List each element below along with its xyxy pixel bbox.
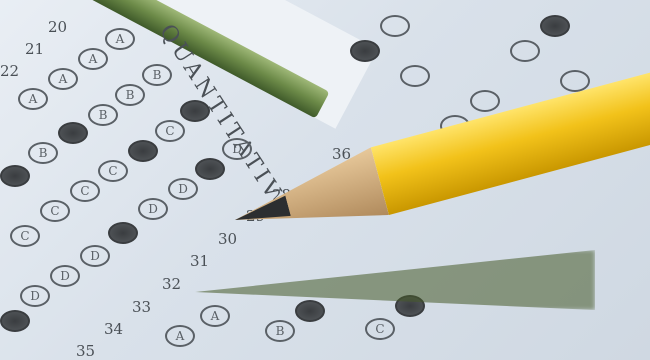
answer-bubble: D <box>222 138 252 160</box>
question-number: 32 <box>162 275 181 293</box>
filled-bubble <box>58 122 88 144</box>
answer-bubble <box>380 15 410 37</box>
question-number: 31 <box>190 252 209 270</box>
filled-bubble <box>295 300 325 322</box>
answer-bubble: B <box>115 84 145 106</box>
answer-bubble: B <box>88 104 118 126</box>
answer-bubble: D <box>138 198 168 220</box>
filled-bubble <box>108 222 138 244</box>
answer-bubble: A <box>48 68 78 90</box>
filled-bubble <box>540 15 570 37</box>
question-number: 30 <box>218 230 237 248</box>
answer-bubble: A <box>200 305 230 327</box>
answer-bubble: D <box>80 245 110 267</box>
answer-bubble: A <box>165 325 195 347</box>
answer-bubble: A <box>105 28 135 50</box>
question-number: 35 <box>76 342 95 360</box>
answer-bubble: C <box>365 318 395 340</box>
answer-bubble: A <box>18 88 48 110</box>
answer-bubble: D <box>50 265 80 287</box>
filled-bubble <box>128 140 158 162</box>
filled-bubble <box>0 165 30 187</box>
question-number: 20 <box>48 18 67 36</box>
answer-bubble: D <box>168 178 198 200</box>
answer-bubble: A <box>78 48 108 70</box>
question-number: 33 <box>132 298 151 316</box>
answer-bubble: C <box>10 225 40 247</box>
filled-bubble <box>350 40 380 62</box>
pencil-shadow <box>195 250 595 310</box>
answer-bubble <box>510 40 540 62</box>
answer-bubble <box>400 65 430 87</box>
answer-bubble: C <box>70 180 100 202</box>
answer-bubble: C <box>155 120 185 142</box>
question-number: 21 <box>25 40 44 58</box>
answer-bubble: B <box>265 320 295 342</box>
answer-bubble: B <box>28 142 58 164</box>
filled-bubble <box>180 100 210 122</box>
filled-bubble <box>0 310 30 332</box>
filled-bubble <box>195 158 225 180</box>
question-number: 22 <box>0 62 19 80</box>
photo-scene: 20 21 22 28 29 30 31 32 33 34 35 36 QUAN… <box>0 0 650 360</box>
answer-bubble <box>470 90 500 112</box>
answer-bubble: D <box>20 285 50 307</box>
answer-bubble: C <box>40 200 70 222</box>
answer-bubble: C <box>98 160 128 182</box>
answer-bubble: B <box>142 64 172 86</box>
pencil-body <box>371 65 650 215</box>
question-number: 34 <box>104 320 123 338</box>
